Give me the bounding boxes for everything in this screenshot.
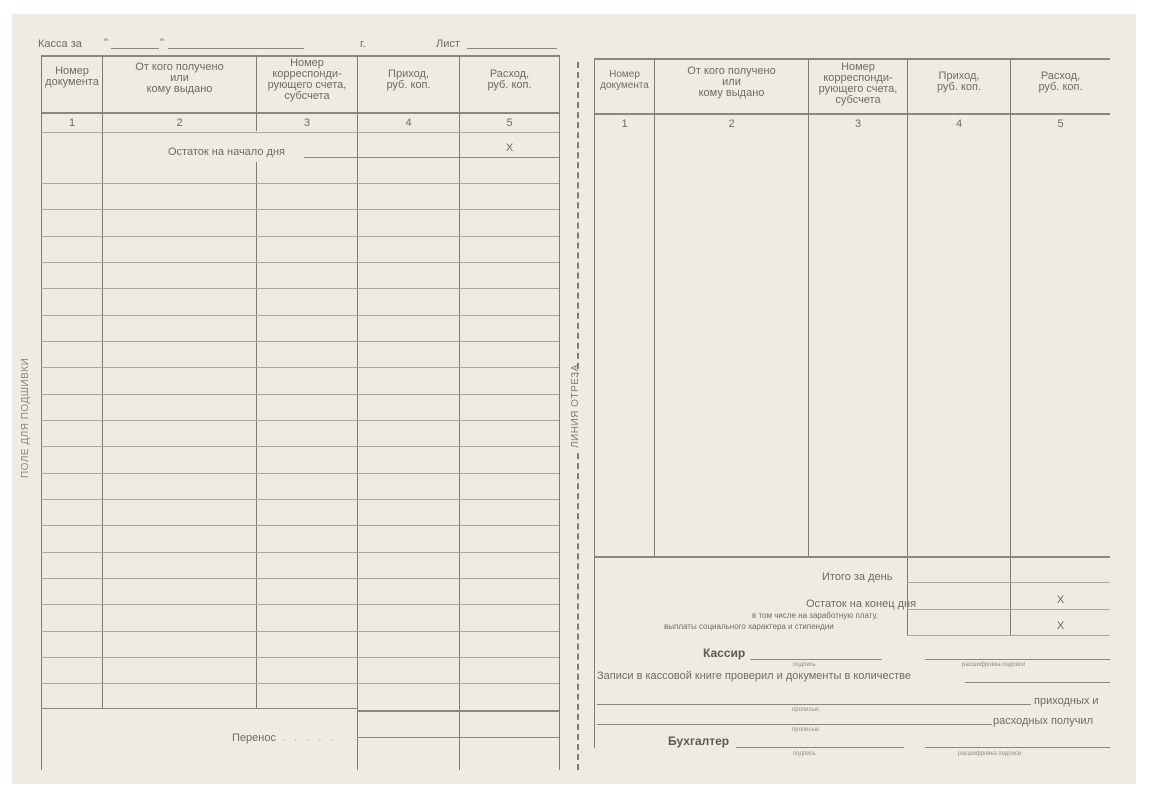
col-header-expense: Расход,руб. коп. [460, 69, 559, 91]
col-border [808, 58, 809, 556]
col-border [459, 55, 460, 770]
row-line [41, 420, 559, 421]
row-line [41, 262, 559, 263]
col-number: 4 [908, 118, 1010, 130]
col-number: 3 [809, 118, 907, 130]
row-line [907, 582, 1110, 583]
outgoing-count-field[interactable] [597, 714, 992, 725]
row-line [41, 446, 559, 447]
row-line [41, 315, 559, 316]
row-line [41, 657, 559, 658]
col-border [654, 58, 655, 556]
decoding-caption: расшифровка подписи [962, 662, 1025, 668]
carry-over-dots: . . . . . [282, 732, 337, 744]
quote-close: " [160, 37, 164, 49]
col-header-corr-account: Номеркорреспонди-рующего счета,субсчета [257, 58, 357, 102]
col-border [256, 162, 257, 708]
incoming-count-field[interactable] [597, 694, 1031, 705]
row-line [41, 499, 559, 500]
col-header-expense: Расход,руб. коп. [1011, 71, 1110, 93]
quote-open: " [104, 37, 108, 49]
row-line [41, 367, 559, 368]
col-number: 2 [103, 117, 256, 129]
body-bottom-border [594, 556, 1110, 558]
kassa-label: Касса за [38, 38, 82, 50]
accountant-signature-field[interactable] [736, 737, 904, 748]
cashier-signature-field[interactable] [750, 649, 882, 660]
col-header-income: Приход,руб. коп. [908, 71, 1010, 93]
col-number: 5 [1011, 118, 1110, 130]
carry-over-top-border [357, 710, 559, 712]
col-border [41, 55, 42, 770]
opening-balance-label: Остаток на начало дня [168, 146, 285, 158]
signature-caption: подпись [793, 751, 816, 757]
closing-balance-mark: X [1011, 594, 1110, 606]
row-line [41, 132, 559, 133]
col-number: 1 [42, 117, 102, 129]
col-border [102, 55, 103, 708]
incoming-suffix: приходных и [1034, 695, 1099, 707]
check-text: Записи в кассовой книге проверил и докум… [597, 670, 911, 682]
header-bottom-border [594, 113, 1110, 115]
outgoing-suffix: расходных получил [993, 715, 1093, 727]
row-line [41, 683, 559, 684]
in-words-caption: прописью [792, 707, 819, 713]
row-line [41, 525, 559, 526]
closing-balance-label: Остаток на конец дня [806, 598, 916, 610]
row-line [41, 209, 559, 210]
col-border [907, 58, 908, 636]
cashier-decoding-field[interactable] [925, 649, 1110, 660]
row-line [357, 157, 559, 158]
row-line [41, 183, 559, 184]
col-number: 5 [460, 117, 559, 129]
including-line-2: выплаты социального характера и стипенди… [664, 622, 834, 631]
row-line [41, 631, 559, 632]
decoding-caption: расшифровка подписи [958, 751, 1021, 757]
in-words-caption: прописью [792, 727, 819, 733]
including-mark: X [1011, 620, 1110, 632]
row-line [41, 236, 559, 237]
binding-margin-label: ПОЛЕ ДЛЯ ПОДШИВКИ [20, 358, 31, 478]
accountant-label: Бухгалтер [668, 735, 729, 747]
row-line [41, 341, 559, 342]
row-line [41, 578, 559, 579]
header-bottom-border [41, 112, 559, 114]
sheet-label: Лист [436, 38, 460, 50]
row-line [41, 708, 357, 709]
col-header-corr-account: Номеркорреспонди-рующего счета,субсчета [809, 62, 907, 106]
row-line [907, 609, 1110, 610]
col-number: 2 [655, 118, 808, 130]
opening-balance-mark: X [460, 142, 559, 154]
table-top-border [594, 58, 1110, 60]
month-field[interactable] [168, 38, 304, 49]
including-line-1: в том числе на заработную плату, [752, 611, 878, 620]
sheet-number-field[interactable] [467, 38, 557, 49]
day-field[interactable] [111, 38, 159, 49]
col-header-income: Приход,руб. коп. [358, 69, 459, 91]
col-header-doc-number: Номердокумента [42, 66, 102, 88]
day-total-label: Итого за день [822, 571, 892, 583]
col-header-doc-number: Номердокумента [595, 69, 654, 91]
col-border [559, 55, 560, 770]
carry-over-underline [357, 737, 559, 738]
col-header-from-whom: От кого полученоиликому выдано [655, 66, 808, 99]
opening-balance-underline [304, 157, 357, 158]
row-line [907, 635, 1110, 636]
col-number: 4 [358, 117, 459, 129]
col-number: 1 [595, 118, 654, 130]
col-border [594, 58, 595, 748]
signature-caption: подпись [793, 662, 816, 668]
row-line [41, 604, 559, 605]
row-line [41, 288, 559, 289]
col-border [357, 55, 358, 770]
row-line [41, 473, 559, 474]
row-line [41, 552, 559, 553]
col-header-from-whom: От кого полученоиликому выдано [103, 62, 256, 95]
year-suffix: г. [360, 38, 366, 50]
col-border [1010, 58, 1011, 636]
col-number: 3 [257, 117, 357, 129]
cut-line-label: ЛИНИЯ ОТРЕЗА [570, 364, 581, 448]
row-line [41, 394, 559, 395]
documents-count-field[interactable] [965, 672, 1110, 683]
carry-over-label: Перенос [232, 732, 276, 744]
cashier-label: Кассир [703, 647, 745, 659]
accountant-decoding-field[interactable] [925, 737, 1110, 748]
